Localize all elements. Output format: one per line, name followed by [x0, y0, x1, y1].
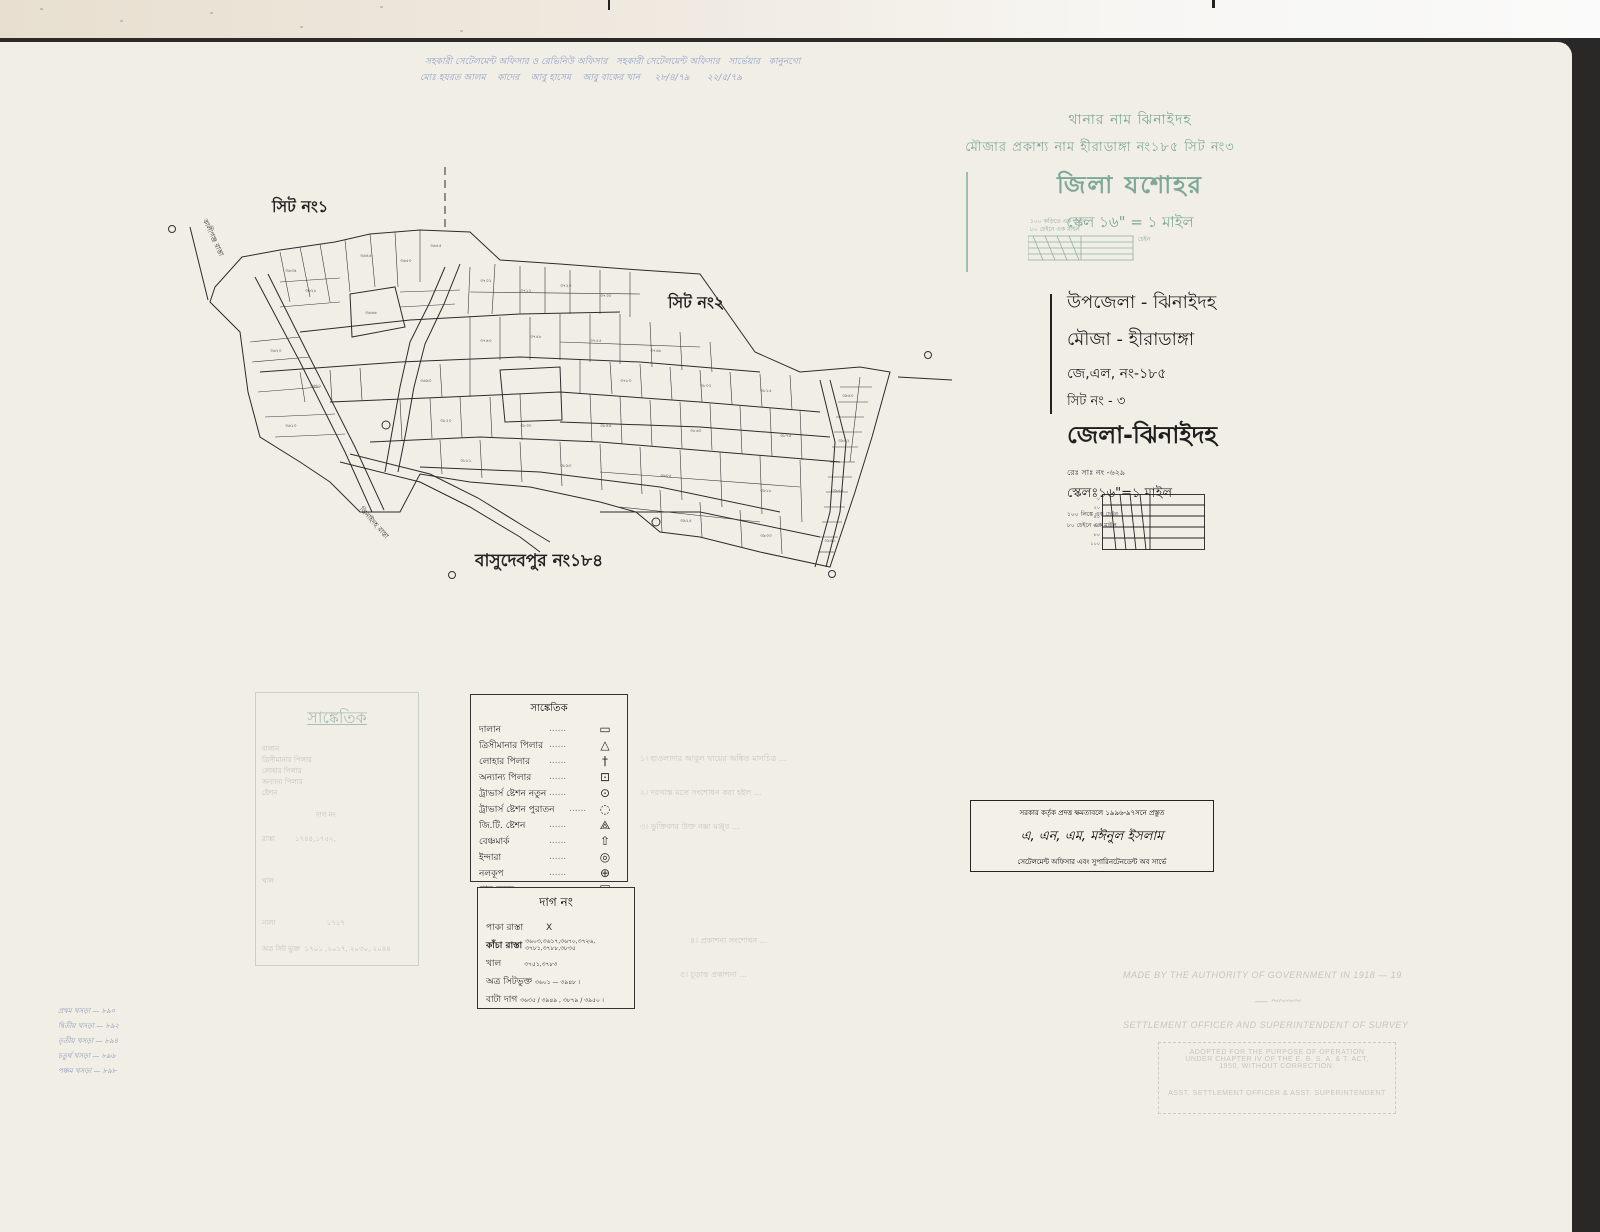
legend-row-other-pillar: অন্যান্য পিলার......⊡ — [479, 769, 627, 785]
svg-text:৩৮২০: ৩৮২০ — [440, 419, 452, 424]
svg-text:৩৭১২: ৩৭১২ — [520, 289, 532, 294]
adoption-stamp: ADOPTED FOR THE PURPOSE OF OPERATION UND… — [1158, 1042, 1396, 1114]
building-icon: ▭ — [593, 722, 617, 736]
green-title-block: থানার নাম ঝিনাইদহ মৌজার প্রকাশ্য নাম হীর… — [960, 108, 1300, 236]
scale-bar — [1102, 494, 1207, 552]
svg-text:৩৭৮০: ৩৭৮০ — [620, 379, 632, 384]
dag-number-box: দাগ নং পাকা রাস্তা X কাঁচা রাস্তা৩৬০৩,৩৬… — [477, 887, 635, 1009]
legend-row-well: ইন্দারা......◎ — [479, 849, 627, 865]
tri-junction-pillar-icon: △ — [593, 738, 617, 752]
map-sheet: সহকারী সেটেলমেন্ট অফিসার ও রেভিনিউ অফিসা… — [0, 42, 1572, 1232]
faded-dag-heading: দাগ নং — [316, 809, 418, 821]
authority-line: সরকার কর্তৃক প্রদত্ত ক্ষমতাবলে ১৯৯৬-৯৭সন… — [971, 807, 1213, 819]
svg-text:৩৮৯০: ৩৮৯০ — [560, 464, 572, 469]
benchmark-icon: ⇧ — [593, 834, 617, 848]
svg-text:৩৬২৮: ৩৬২৮ — [305, 289, 318, 294]
faded-legend-box: সাঙ্কেতিক দালানত্রিসীমানার পিলার লোহার প… — [255, 692, 419, 966]
tubewell-icon: ⊕ — [593, 866, 617, 880]
upazila: উপজেলা - ঝিনাইদহ — [1067, 288, 1217, 319]
svg-text:৩৬২০: ৩৬২০ — [270, 349, 282, 354]
svg-text:৩৬৮১: ৩৬৮১ — [310, 384, 322, 389]
faded-dag-row: খাল — [262, 875, 418, 887]
scan-top-margin — [0, 0, 1600, 38]
mouza: মৌজা - হীরাডাঙ্গা — [1067, 325, 1217, 356]
svg-text:৩৬৬৬: ৩৬৬৬ — [365, 311, 378, 316]
dag-row-sheet-range: অত্র সিটভুক্ত ৩৬০১ — ৩৯৪৮ । — [486, 974, 634, 989]
made-by-authority: MADE BY THE AUTHORITY OF GOVERNMENT IN 1… — [1123, 970, 1402, 980]
svg-text:৩৯১৮: ৩৯১৮ — [760, 489, 773, 494]
thana-name: থানার নাম ঝিনাইদহ — [960, 108, 1300, 132]
faded-dag-row: রাস্তা ১৭৪৪,১৭৫২, — [262, 833, 418, 845]
svg-text:৩৯২৫: ৩৯২৫ — [680, 519, 692, 524]
green-scale-notes: ১০০ কড়িতে এক চেইন ৮০ চেইনে এক মাইল — [1030, 218, 1086, 234]
svg-text:৩৮৪৪: ৩৮৪৪ — [600, 424, 612, 429]
scale-green: স্কেল ১৬" = ১ মাইল — [960, 211, 1300, 236]
gt-station-icon: ⟁ — [593, 818, 617, 833]
sheet-number: সিট নং - ৩ — [1067, 392, 1217, 413]
legend-title: সাঙ্কেতিক — [479, 701, 627, 718]
svg-text:৩৯০৫: ৩৯০৫ — [660, 474, 672, 479]
dag-row-kacha-road: কাঁচা রাস্তা৩৬০৩,৩৬১৭,৩৬৭০,৩৭২৬, ৩৭৮১,৩৭… — [486, 938, 634, 953]
legend-row-iron-pillar: লোহার পিলার......† — [479, 753, 627, 769]
svg-text:৩৬৯০: ৩৬৯০ — [420, 379, 432, 384]
svg-text:৩৭৩০: ৩৭৩০ — [600, 294, 612, 299]
svg-text:৩৬৪৫: ৩৬৪৫ — [360, 254, 372, 259]
faded-legend-title: সাঙ্কেতিক — [256, 705, 418, 732]
officer-designation: সেটেলমেন্ট অফিসার এবং সুপারিনটেনডেন্ট অব… — [971, 856, 1213, 868]
svg-text:৩৮০২: ৩৮০২ — [700, 384, 712, 389]
well-icon: ◎ — [593, 850, 617, 864]
title-bracket — [1050, 294, 1052, 414]
cadastral-parcel-map: ৩৬৩৪৩৬২৮৩৬৪৫৩৬৫০ ৩৬৫৫৩৭০১৩৭১২৩৭২০ ৩৭৩০৩৬… — [0, 42, 1000, 602]
svg-text:৩৬৩৪: ৩৬৩৪ — [285, 269, 297, 274]
svg-text:৩৯৪৫: ৩৯৪৫ — [832, 489, 844, 494]
faded-dag-row: নালা ১৭১৭ — [262, 917, 418, 929]
dag-title: দাগ নং — [486, 894, 634, 914]
legend-row-traverse-new: ট্রাভার্স ষ্টেশন নতুন......⊙ — [479, 785, 627, 801]
dag-row-paved-road: পাকা রাস্তা X — [486, 920, 634, 935]
svg-text:৩৯৪৮: ৩৯৪৮ — [824, 539, 837, 544]
svg-text:৩৯৩৩: ৩৯৩৩ — [760, 534, 773, 539]
rev-survey-number: রেঃ সাঃ নং -৬২৯ — [1067, 467, 1217, 480]
settlement-officer-line: SETTLEMENT OFFICER AND SUPERINTENDENT OF… — [1123, 1020, 1408, 1030]
faded-legend-items: দালানত্রিসীমানার পিলার লোহার পিলারঅন্যান… — [262, 744, 418, 799]
svg-text:৩৯৪২: ৩৯৪২ — [838, 439, 850, 444]
svg-text:৩৭২০: ৩৭২০ — [560, 284, 572, 289]
officer-signature: এ, এন, এম, মঈনুল ইসলাম — [971, 827, 1213, 848]
svg-text:৩৮১৫: ৩৮১৫ — [760, 389, 772, 394]
faded-dag-row: অত্র সিট ভুক্ত ১৭০১ ,২০১৭, ২০৩০, ২০৪৪ — [262, 943, 418, 955]
other-pillar-icon: ⊡ — [593, 770, 617, 784]
green-scale-bar — [1028, 234, 1153, 264]
svg-text:৩৭৫৫: ৩৭৫৫ — [590, 339, 602, 344]
legend-row-benchmark: বেঞ্চমার্ক......⇧ — [479, 833, 627, 849]
iron-pillar-icon: † — [593, 754, 617, 768]
legend-row-tubewell: নলকূপ......⊕ — [479, 865, 627, 881]
traverse-station-new-icon: ⊙ — [593, 786, 617, 800]
faded-correction-notes: ১। হাওলাদার আবুল খায়ের অঙ্কিত মানচিত্র … — [640, 742, 786, 992]
traverse-station-old-icon: ◌ — [593, 802, 617, 816]
district: জেলা-ঝিনাইদহ — [1067, 417, 1217, 457]
legend-row-traverse-old: ট্রাভার্স ষ্টেশন পুরাতন......◌ — [479, 801, 627, 817]
jl-number: জে,এল, নং-১৮৫ — [1067, 362, 1217, 386]
svg-text:৩৭৪৮: ৩৭৪৮ — [530, 335, 543, 340]
svg-text:৩৭৬৮: ৩৭৬৮ — [650, 349, 663, 354]
english-signature: — ~~~~ — [1255, 994, 1301, 1010]
dag-row-split-plot: বাটা দাগ ৩৬৩৫ / ৩৯৪৯ , ৩৮৭৯ / ৩৯৫০ । — [486, 992, 634, 1007]
legend-row-building: দালান......▭ — [479, 721, 627, 737]
svg-text:৩৭০১: ৩৭০১ — [480, 279, 492, 284]
legend-row-gt-station: জি.টি. ষ্টেশন......⟁ — [479, 817, 627, 833]
svg-text:৩৮৭৫: ৩৮৭৫ — [780, 434, 792, 439]
legend-row-tri-junction-pillar: ত্রিসীমানার পিলার......△ — [479, 737, 627, 753]
scale-bar-label: চেইন — [1138, 234, 1150, 245]
svg-text:৩৮৮১: ৩৮৮১ — [460, 459, 472, 464]
svg-text:৩৯৪০: ৩৯৪০ — [842, 394, 854, 399]
dag-row-canal: খাল ৩৭৫১,৩৭৮৩ — [486, 956, 634, 971]
svg-text:৩৬৫০: ৩৬৫০ — [400, 259, 412, 264]
left-margin-notes: প্রথম খসড়া — ৮৯০ দ্বিতীয় খসড়া — ৮৯২ ত… — [58, 1004, 119, 1079]
legend-box: সাঙ্কেতিক দালান......▭ ত্রিসীমানার পিলার… — [470, 694, 628, 882]
district-green: জিলা যশোহর — [960, 167, 1300, 207]
scale-ticks: ০২০৪০৬০৮০১০০ — [1088, 495, 1100, 549]
svg-text:৩৭৪০: ৩৭৪০ — [480, 339, 492, 344]
svg-text:৩৬১০: ৩৬১০ — [285, 424, 297, 429]
authority-box: সরকার কর্তৃক প্রদত্ত ক্ষমতাবলে ১৯৯৬-৯৭সন… — [970, 800, 1214, 872]
svg-text:৩৬৫৫: ৩৬৫৫ — [430, 244, 442, 249]
svg-text:৩৮৬০: ৩৮৬০ — [690, 429, 702, 434]
svg-text:৩৮৩০: ৩৮৩০ — [520, 424, 532, 429]
